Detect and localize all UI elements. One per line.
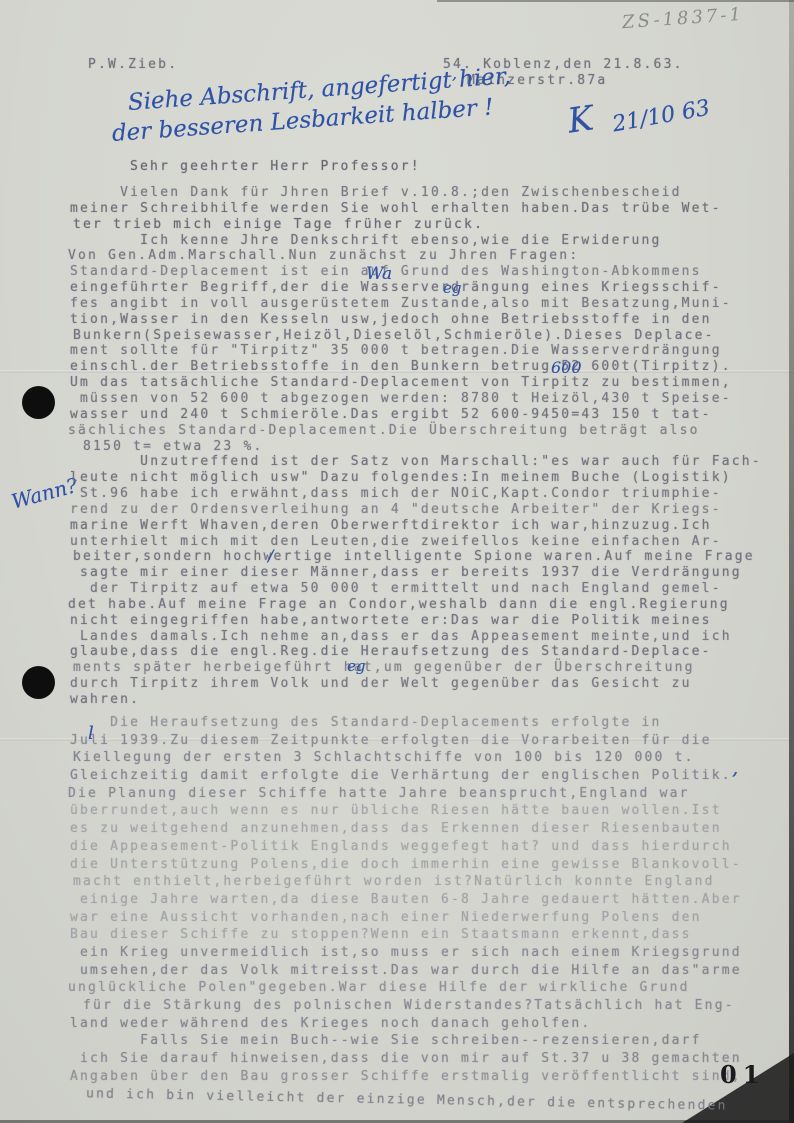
typed-line: Gleichzeitig damit erfolgte die Verhärtu… [70, 767, 742, 785]
typed-line: Falls Sie mein Buch--wie Sie schreiben--… [70, 1032, 742, 1050]
typed-line: det habe.Auf meine Frage an Condor,wesha… [68, 597, 760, 613]
typed-line: land weder während des Krieges noch dana… [70, 1015, 742, 1033]
typed-line: die Appeasement-Politik Englands weggefe… [70, 838, 742, 856]
punch-hole-top [22, 386, 55, 419]
typed-line: ter trieb mich einige Tage früher zurück… [73, 217, 765, 233]
typed-line: eingeführter Begriff,der die Wasserverdr… [70, 280, 762, 296]
typed-line: Bunkern(Speisewasser,Heizöl,Dieselöl,Sch… [73, 328, 765, 344]
punch-hole-bottom [22, 666, 55, 699]
typed-line: tion,Wasser in den Kesseln usw,jedoch oh… [70, 312, 762, 328]
scanned-letter-page: ZS-1837-1 P.W.Zieb. 54. Koblenz,den 21.8… [0, 0, 794, 1123]
typed-line: beiter,sondern hochwertige intelligente … [73, 549, 765, 565]
salutation: Sehr geehrter Herr Professor! [130, 159, 421, 174]
typed-line: Bau dieser Schiffe zu stoppen?Wenn ein S… [70, 926, 742, 944]
handwritten-note-date: 21/10 63 [611, 96, 712, 138]
typed-line: umsehen,der das Volk mitreisst.Das war d… [70, 962, 742, 980]
typed-line: überrundet,auch wenn es nur übliche Ries… [70, 802, 742, 820]
typed-line: sächliches Standard-Deplacement.Die Über… [68, 423, 760, 439]
typed-line: müssen von 52 600 t abgezogen werden: 87… [70, 391, 762, 407]
typed-line: 8150 t= etwa 23 %. [73, 439, 765, 455]
typed-line: es zu weitgehend anzunehmen,dass das Erk… [70, 820, 742, 838]
typed-line: Standard-Deplacement ist ein auf Grund d… [70, 264, 762, 280]
typed-line: ich Sie darauf hinweisen,dass die von mi… [70, 1050, 742, 1068]
typed-line: wahren. [70, 692, 762, 708]
typed-line: für die Stärkung des polnischen Widersta… [73, 997, 745, 1015]
typed-line: ments später herbeigeführt hat,um gegenü… [73, 660, 765, 676]
typed-line: unglückliche Polen"gegeben.War diese Hil… [68, 979, 740, 997]
typed-line: Kiellegung der ersten 3 Schlachtschiffe … [73, 749, 745, 767]
typed-line: die Unterstützung Polens,die doch immerh… [70, 856, 742, 874]
typed-line: Landes damals.Ich nehme an,dass er das A… [70, 629, 762, 645]
typed-line: Von Gen.Adm.Marschall.Nun zunächst zu Jh… [68, 248, 760, 264]
typed-line: marine Werft Whaven,deren Oberwerftdirek… [70, 518, 762, 534]
typed-line: leute nicht möglich usw" Dazu folgendes:… [70, 470, 762, 486]
typed-line: und ich bin vielleicht der einzige Mensc… [76, 1086, 748, 1117]
typed-line: rend zu der Ordensverleihung an 4 "deuts… [70, 502, 762, 518]
typed-line: war eine Aussicht vorhanden,nach einer N… [70, 909, 742, 927]
typed-line: einschl.der Betriebsstoffe in den Bunker… [70, 359, 762, 375]
typed-line: der Tirpitz auf etwa 50 000 t ermittelt … [70, 581, 762, 597]
handwritten-initial: K [565, 98, 596, 141]
typed-line: Die Planung dieser Schiffe hatte Jahre b… [68, 785, 740, 803]
typed-line: einige Jahre warten,da diese Bauten 6-8 … [70, 891, 742, 909]
typed-line: Angaben über den Bau grosser Schiffe ers… [70, 1068, 742, 1086]
scan-edge-top [437, 0, 794, 2]
typed-line: meiner Schreibhilfe werden Sie wohl erha… [70, 201, 762, 217]
page-number-stamp: 01 [720, 1060, 765, 1089]
typed-line: St.96 habe ich erwähnt,dass mich der NOi… [70, 486, 762, 502]
scan-edge-right [789, 0, 794, 1123]
archive-number: ZS-1837-1 [621, 4, 744, 33]
letter-body-block-1: Vielen Dank für Jhren Brief v.10.8.;den … [70, 185, 762, 708]
typed-line: ein Krieg unvermeidlich ist,so muss er s… [70, 944, 742, 962]
typed-line: glaube,dass die engl.Reg.die Heraufsetzu… [70, 644, 762, 660]
letter-body-block-2: Die Heraufsetzung des Standard-Deplaceme… [70, 714, 742, 1103]
typed-line: Ich kenne Jhre Denkschrift ebenso,wie di… [70, 233, 762, 249]
typed-line: sagte mir einer dieser Männer,dass er be… [70, 565, 762, 581]
typed-line: Die Heraufsetzung des Standard-Deplaceme… [70, 714, 742, 732]
typed-line: Unzutreffend ist der Satz von Marschall:… [70, 454, 762, 470]
typed-line: unterhielt mich mit den Leuten,die zweif… [70, 534, 762, 550]
typed-line: ment sollte für "Tirpitz" 35 000 t betra… [70, 343, 762, 359]
typed-line: nicht eingegriffen habe,antwortete er:Da… [70, 613, 762, 629]
typed-line: Juli 1939.Zu diesem Zeitpunkte erfolgten… [70, 732, 742, 750]
typed-line: Vielen Dank für Jhren Brief v.10.8.;den … [70, 185, 762, 201]
typed-line: fes angibt in voll ausgerüstetem Zustand… [70, 296, 762, 312]
typed-line: durch Tirpitz ihrem Volk und der Welt ge… [70, 676, 762, 692]
typed-line: Um das tatsächliche Standard-Deplacement… [70, 375, 762, 391]
typed-line: wasser und 240 t Schmieröle.Das ergibt 5… [70, 407, 762, 423]
typed-line: macht enthielt,herbeigeführt worden ist?… [73, 873, 745, 891]
sender-name: P.W.Zieb. [88, 57, 178, 72]
